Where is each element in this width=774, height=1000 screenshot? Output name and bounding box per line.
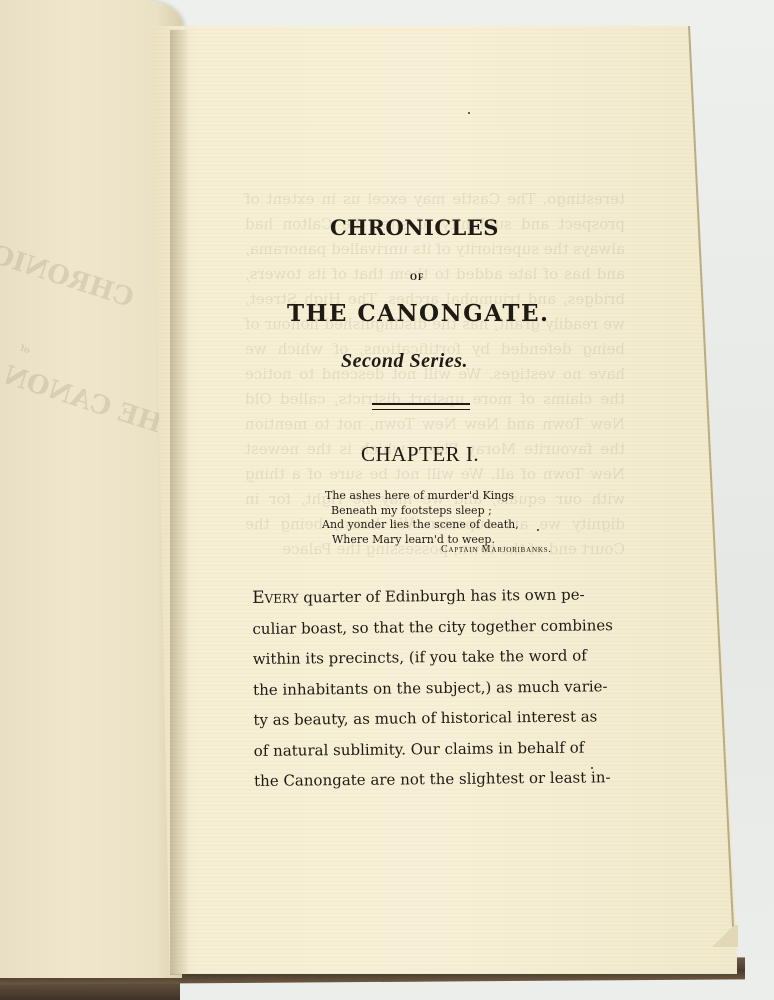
- title-of: OF: [410, 272, 425, 282]
- body-line: the Canongate are not the slightest or l…: [254, 762, 634, 796]
- body-line: the inhabitants on the subject,) as much…: [253, 671, 633, 705]
- title-second-series: Second Series.: [341, 350, 468, 373]
- body-lead-word: Every: [252, 588, 299, 608]
- title-the-canongate: THE CANONGATE.: [287, 300, 550, 327]
- chapter-heading: CHAPTER I.: [361, 442, 479, 467]
- epigraph-line: Beneath my footsteps sleep ;: [322, 504, 582, 519]
- epigraph-line: The ashes here of murder'd Kings: [322, 489, 582, 504]
- title-chronicles: CHRONICLES: [330, 215, 499, 240]
- body-line: Every quarter of Edinburgh has its own p…: [252, 579, 632, 613]
- body-line: ty as beauty, as much of historical inte…: [253, 701, 633, 735]
- paper-speck: [468, 112, 470, 114]
- page-corner-fold: [708, 925, 738, 947]
- epigraph-attribution: Captain Marjoribanks.: [441, 544, 552, 555]
- photo-scene: CHRONIC of THE CANON terestingo. The Cas…: [0, 0, 774, 1000]
- paper-speck: [537, 529, 539, 531]
- body-line: of natural sublimity. Our claims in beha…: [254, 732, 634, 766]
- epigraph: The ashes here of murder'd Kings Beneath…: [322, 489, 582, 547]
- body-paragraph: Every quarter of Edinburgh has its own p…: [252, 579, 634, 796]
- body-line-text: quarter of Edinburgh has its own pe-: [298, 586, 584, 607]
- double-rule-divider: [372, 403, 470, 410]
- epigraph-line: And yonder lies the scene of death,: [322, 518, 582, 533]
- paper-speck: [591, 767, 593, 769]
- body-line: culiar boast, so that the city together …: [252, 610, 632, 644]
- body-line: within its precincts, (if you take the w…: [253, 640, 633, 674]
- page-content: CHRONICLES OF THE CANONGATE. Second Seri…: [0, 0, 774, 1000]
